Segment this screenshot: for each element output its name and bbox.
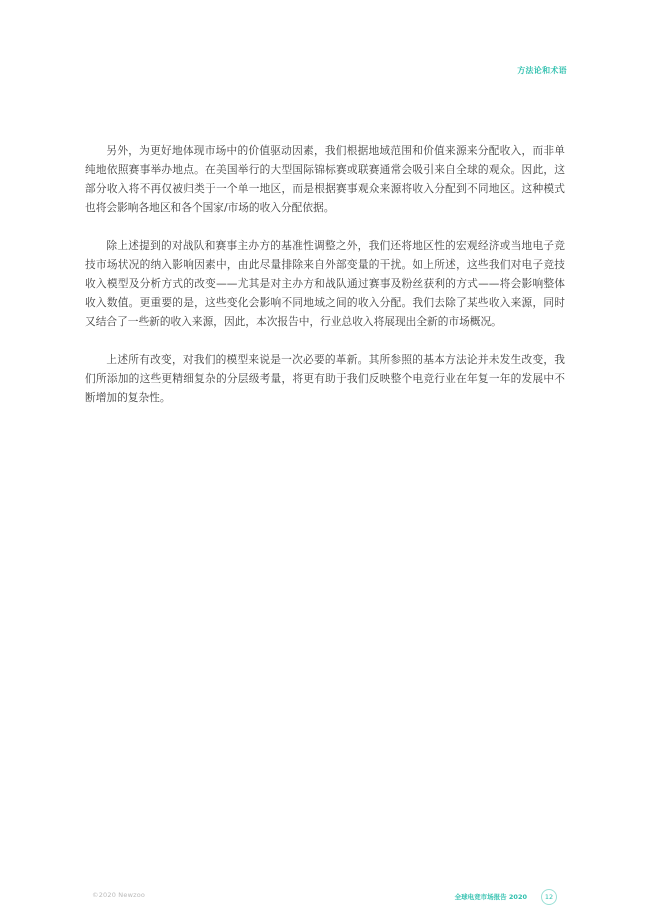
report-title: 全球电竞市场报告 2020 xyxy=(455,892,527,901)
page-body: 另外，为更好地体现市场中的价值驱动因素，我们根据地域范围和价值来源来分配收入，而… xyxy=(85,141,565,426)
copyright-text: ©2020 Newzoo xyxy=(92,891,145,899)
page-number-badge: 12 xyxy=(541,889,557,905)
section-label: 方法论和术语 xyxy=(517,65,567,76)
body-paragraph-1: 另外，为更好地体现市场中的价值驱动因素，我们根据地域范围和价值来源来分配收入，而… xyxy=(85,141,565,217)
body-paragraph-3: 上述所有改变，对我们的模型来说是一次必要的革新。其所参照的基本方法论并未发生改变… xyxy=(85,350,565,407)
body-paragraph-2: 除上述提到的对战队和赛事主办方的基准性调整之外，我们还将地区性的宏观经济或当地电… xyxy=(85,236,565,331)
